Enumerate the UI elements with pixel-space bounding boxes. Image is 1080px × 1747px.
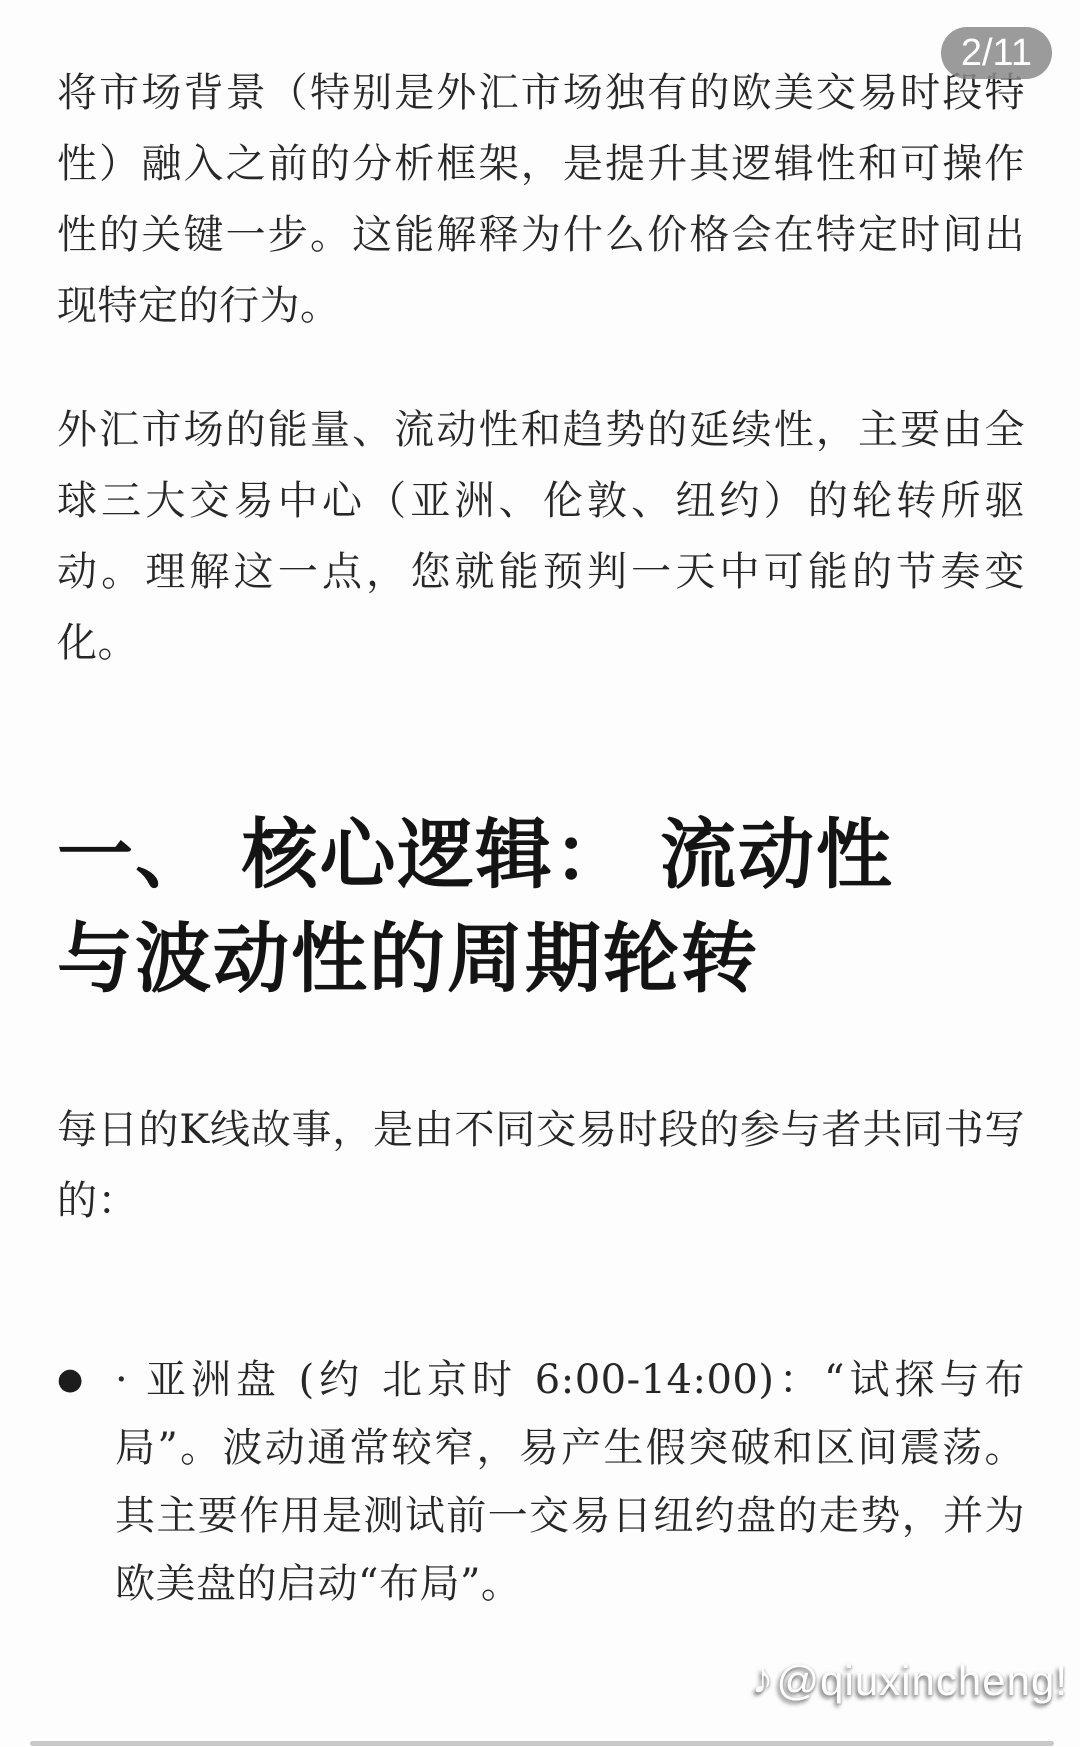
section-heading-line2: 与波动性的周期轮转 — [57, 907, 1025, 1011]
carousel-page[interactable]: 2/11 将市场背景（特别是外汇市场独有的欧美交易时段特性）融入之前的分析框架，… — [0, 0, 1080, 1747]
music-note-icon: ♪ — [752, 1654, 775, 1704]
paragraph-kline-story: 每日的K线故事，是由不同交易时段的参与者共同书写的： — [57, 1095, 1025, 1237]
session-list: ● · 亚洲盘 (约 北京时 6:00-14:00)：“试探与布局”。波动通常较… — [57, 1346, 1025, 1618]
bottom-divider — [30, 1741, 1054, 1746]
list-item: ● · 亚洲盘 (约 北京时 6:00-14:00)：“试探与布局”。波动通常较… — [57, 1346, 1025, 1618]
paragraph-trading-centers: 外汇市场的能量、流动性和趋势的延续性，主要由全球三大交易中心（亚洲、伦敦、纽约）… — [57, 395, 1025, 679]
paragraph-market-context: 将市场背景（特别是外汇市场独有的欧美交易时段特性）融入之前的分析框架，是提升其逻… — [57, 58, 1025, 342]
section-heading-line1: 一、 核心逻辑： 流动性 — [57, 803, 1025, 907]
watermark: ♪ @qiuxincheng! — [752, 1656, 1068, 1706]
section-heading: 一、 核心逻辑： 流动性 与波动性的周期轮转 — [57, 803, 1025, 1011]
bullet-icon: ● — [57, 1346, 115, 1414]
list-item-text-asian-session: · 亚洲盘 (约 北京时 6:00-14:00)：“试探与布局”。波动通常较窄，… — [115, 1346, 1025, 1618]
watermark-handle: @qiuxincheng! — [777, 1657, 1068, 1705]
page-indicator-badge: 2/11 — [941, 27, 1052, 79]
article-content: 将市场背景（特别是外汇市场独有的欧美交易时段特性）融入之前的分析框架，是提升其逻… — [57, 0, 1025, 1618]
